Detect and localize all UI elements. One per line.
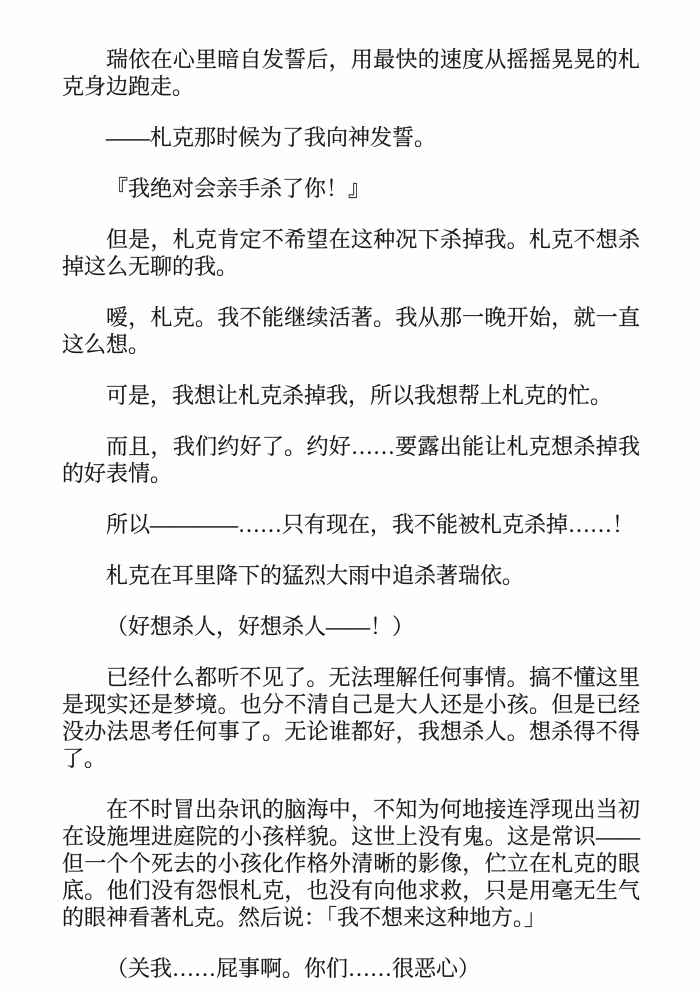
paragraph: 瑞依在心里暗自发誓后，用最快的速度从摇摇晃晃的札克身边跑走。	[62, 46, 640, 100]
paragraph: 而且，我们约好了。约好……要露出能让札克想杀掉我的好表情。	[62, 433, 640, 487]
novel-page: 瑞依在心里暗自发誓后，用最快的速度从摇摇晃晃的札克身边跑走。 ——札克那时候为了…	[0, 0, 700, 992]
paragraph: 所以————……只有现在，我不能被札克杀掉……！	[62, 511, 640, 538]
paragraph: 札克在耳里降下的猛烈大雨中追杀著瑞依。	[62, 562, 640, 589]
paragraph: 『我绝对会亲手杀了你！』	[62, 175, 640, 202]
paragraph: 嗳，札克。我不能继续活著。我从那一晚开始，就一直这么想。	[62, 304, 640, 358]
paragraph: 已经什么都听不见了。无法理解任何事情。搞不懂这里是现实还是梦境。也分不清自己是大…	[62, 664, 640, 772]
paragraph: 但是，札克肯定不希望在这种况下杀掉我。札克不想杀掉这么无聊的我。	[62, 226, 640, 280]
paragraph: 可是，我想让札克杀掉我，所以我想帮上札克的忙。	[62, 382, 640, 409]
paragraph: ——札克那时候为了我向神发誓。	[62, 124, 640, 151]
paragraph: （关我……屁事啊。你们……很恶心）	[62, 955, 640, 982]
paragraph: 在不时冒出杂讯的脑海中，不知为何地接连浮现出当初在设施埋进庭院的小孩样貌。这世上…	[62, 796, 640, 931]
paragraph: （好想杀人，好想杀人——！）	[62, 613, 640, 640]
